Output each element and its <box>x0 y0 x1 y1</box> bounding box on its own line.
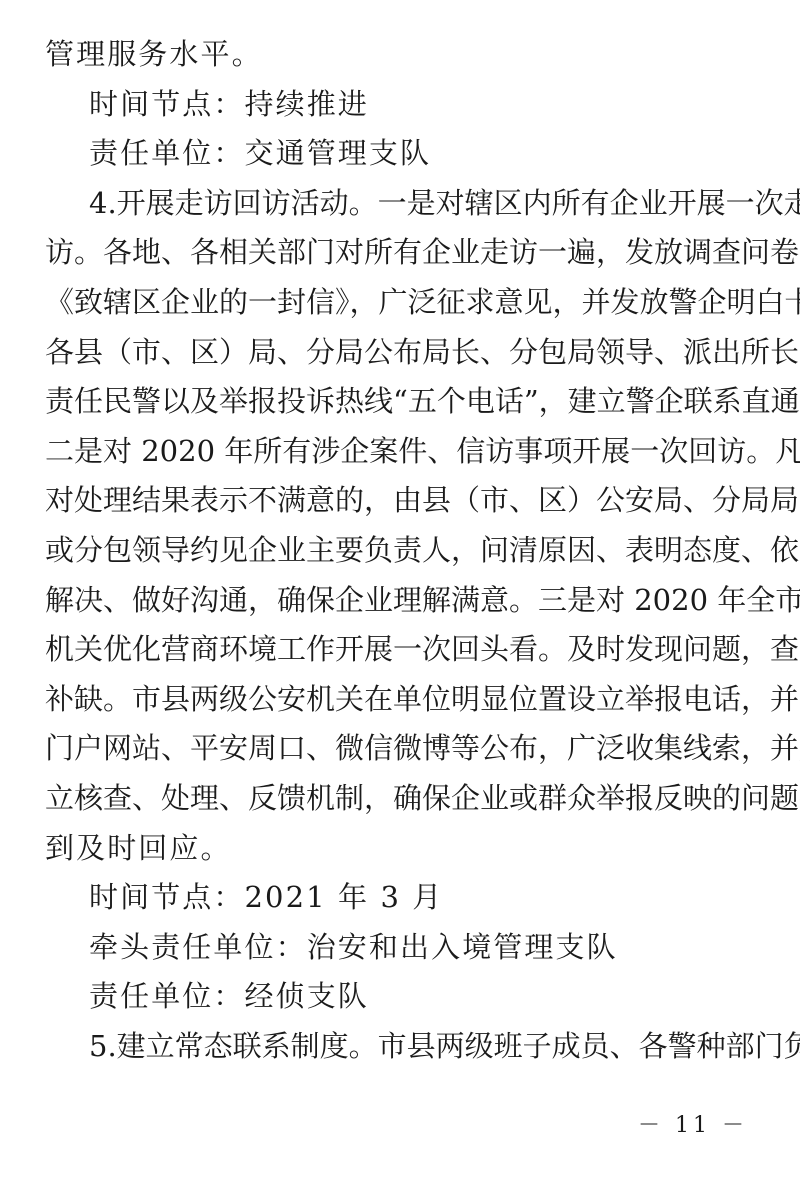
paragraph-line: 对处理结果表示不满意的，由县（市、区）公安局、分局局长 <box>45 476 749 526</box>
responsible-unit-line: 责任单位：经侦支队 <box>45 972 749 1022</box>
paragraph-line: 或分包领导约见企业主要负责人，问清原因、表明态度、依法 <box>45 526 749 576</box>
item-5-heading-line: 5.建立常态联系制度。市县两级班子成员、各警种部门负 <box>45 1022 749 1072</box>
document-page: 管理服务水平。 时间节点：持续推进 责任单位：交通管理支队 4.开展走访回访活动… <box>45 30 749 1071</box>
paragraph-line: 访。各地、各相关部门对所有企业走访一遍，发放调查问卷和 <box>45 228 749 278</box>
time-node-line: 时间节点：持续推进 <box>45 80 749 130</box>
responsible-unit-line: 责任单位：交通管理支队 <box>45 129 749 179</box>
paragraph-line: 补缺。市县两级公安机关在单位明显位置设立举报电话，并在 <box>45 675 749 725</box>
lead-responsible-unit-line: 牵头责任单位：治安和出入境管理支队 <box>45 923 749 973</box>
paragraph-line: 机关优化营商环境工作开展一次回头看。及时发现问题，查漏 <box>45 625 749 675</box>
paragraph-line: 二是对 2020 年所有涉企案件、信访事项开展一次回访。凡企业 <box>45 427 749 477</box>
paragraph-line: 门户网站、平安周口、微信微博等公布，广泛收集线索，并建 <box>45 724 749 774</box>
page-number: － 11 － <box>0 1111 800 1141</box>
item-4-heading-line: 4.开展走访回访活动。一是对辖区内所有企业开展一次走 <box>45 179 749 229</box>
time-node-line: 时间节点：2021 年 3 月 <box>45 873 749 923</box>
page-number-text: － 11 － <box>638 1111 748 1141</box>
paragraph-line: 各县（市、区）局、分局公布局长、分包局领导、派出所长、 <box>45 328 749 378</box>
paragraph-line: 责任民警以及举报投诉热线“五个电话”，建立警企联系直通车。 <box>45 377 749 427</box>
paragraph-line: 立核查、处理、反馈机制，确保企业或群众举报反映的问题得 <box>45 774 749 824</box>
paragraph-line: 《致辖区企业的一封信》，广泛征求意见，并发放警企明白卡， <box>45 278 749 328</box>
paragraph-last-line: 到及时回应。 <box>45 824 749 874</box>
text-line-continuation: 管理服务水平。 <box>45 30 749 80</box>
paragraph-line: 解决、做好沟通，确保企业理解满意。三是对 2020 年全市公安 <box>45 576 749 626</box>
